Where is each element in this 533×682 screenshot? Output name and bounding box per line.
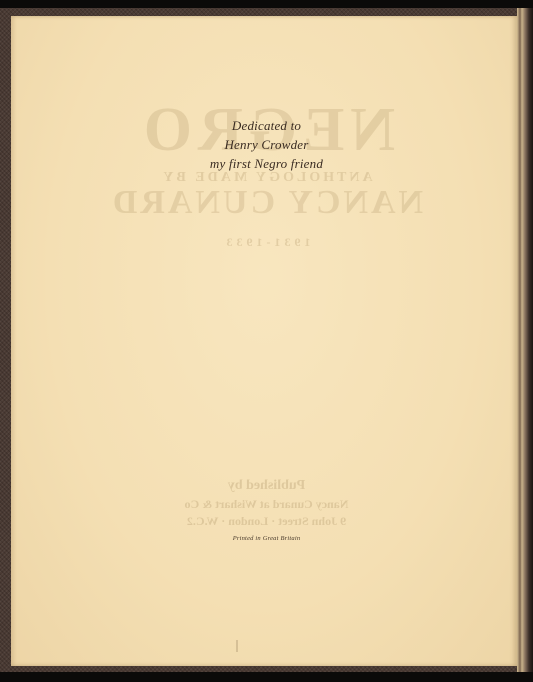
bleed-through-publisher-3: 9 John Street · London · W.C.2 — [0, 514, 533, 529]
bleed-through-editor: NANCY CUNARD — [0, 184, 533, 222]
bleed-through-publisher-2: Nancy Cunard at Wishart & Co — [0, 497, 533, 512]
bleed-through-publisher-1: Published by — [0, 478, 533, 494]
printed-in-imprint: Printed in Great Britain — [0, 535, 533, 542]
dedication-line-2: Henry Crowder — [0, 135, 533, 154]
page-mark — [236, 640, 238, 652]
dedication-line-3: my first Negro friend — [0, 154, 533, 173]
dedication-line-1: Dedicated to — [0, 116, 533, 135]
dedication: Dedicated to Henry Crowder my first Negr… — [0, 116, 533, 173]
bleed-through-years: 1931-1933 — [0, 235, 533, 250]
